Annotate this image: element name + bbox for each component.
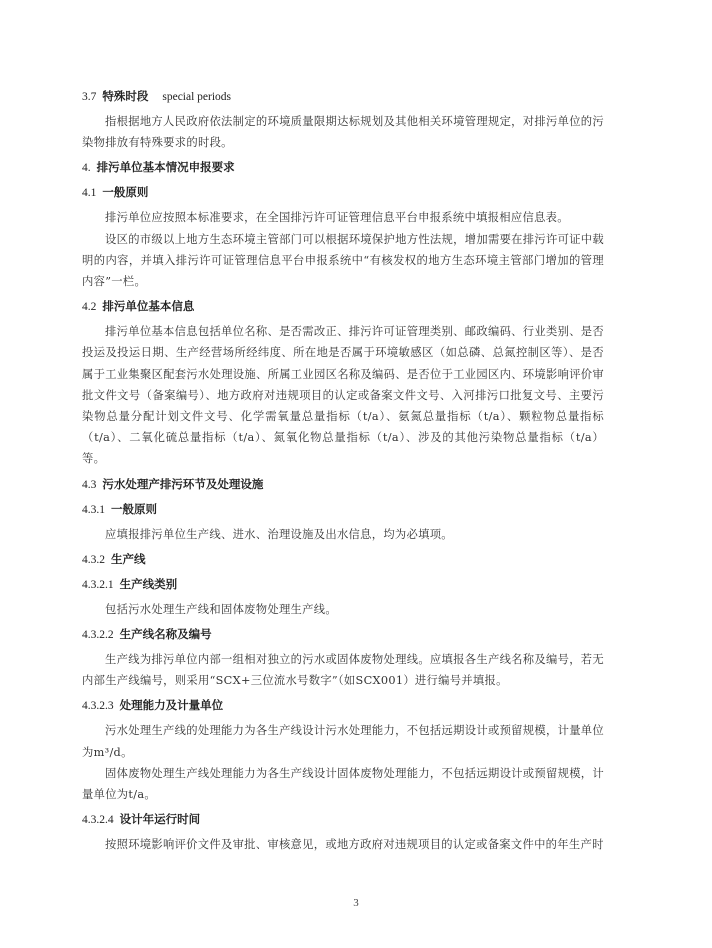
paragraph: 指根据地方人民政府依法制定的环境质量限期达标规划及其他相关环境管理规定，对排污单… [82, 111, 604, 153]
section-heading-4-1: 4.1一般原则 [82, 182, 604, 203]
section-heading-4-3: 4.3污水处理产排污环节及处理设施 [82, 474, 604, 495]
section-heading-4: 4.排污单位基本情况申报要求 [82, 157, 604, 178]
paragraph: 固体废物处理生产线处理能力为各生产线设计固体废物处理能力，不包括远期设计或预留规… [82, 763, 604, 805]
section-heading-3-7: 3.7特殊时段special periods [82, 86, 604, 107]
section-heading-4-2: 4.2排污单位基本信息 [82, 296, 604, 317]
paragraph: 按照环境影响评价文件及审批、审核意见，或地方政府对违规项目的认定或备案文件中的年… [82, 834, 604, 855]
paragraph: 设区的市级以上地方生态环境主管部门可以根据环境保护地方性法规，增加需要在排污许可… [82, 229, 604, 293]
section-heading-4-3-2-4: 4.3.2.4设计年运行时间 [82, 809, 604, 830]
paragraph: 包括污水处理生产线和固体废物处理生产线。 [82, 599, 604, 620]
paragraph: 生产线为排污单位内部一组相对独立的污水或固体废物处理线。应填报各生产线名称及编号… [82, 649, 604, 691]
paragraph: 污水处理生产线的处理能力为各生产线设计污水处理能力，不包括远期设计或预留规模，计… [82, 720, 604, 762]
section-heading-4-3-2-2: 4.3.2.2生产线名称及编号 [82, 624, 604, 645]
section-heading-4-3-2-1: 4.3.2.1生产线类别 [82, 574, 604, 595]
document-page: 3.7特殊时段special periods 指根据地方人民政府依法制定的环境质… [82, 86, 604, 855]
section-heading-4-3-2-3: 4.3.2.3处理能力及计量单位 [82, 695, 604, 716]
section-heading-4-3-2: 4.3.2生产线 [82, 549, 604, 570]
page-number: 3 [0, 897, 712, 909]
paragraph: 应填报排污单位生产线、进水、治理设施及出水信息，均为必填项。 [82, 524, 604, 545]
section-heading-4-3-1: 4.3.1一般原则 [82, 499, 604, 520]
paragraph: 排污单位应按照本标准要求，在全国排污许可证管理信息平台申报系统中填报相应信息表。 [82, 207, 604, 228]
paragraph: 排污单位基本信息包括单位名称、是否需改正、排污许可证管理类别、邮政编码、行业类别… [82, 321, 604, 469]
